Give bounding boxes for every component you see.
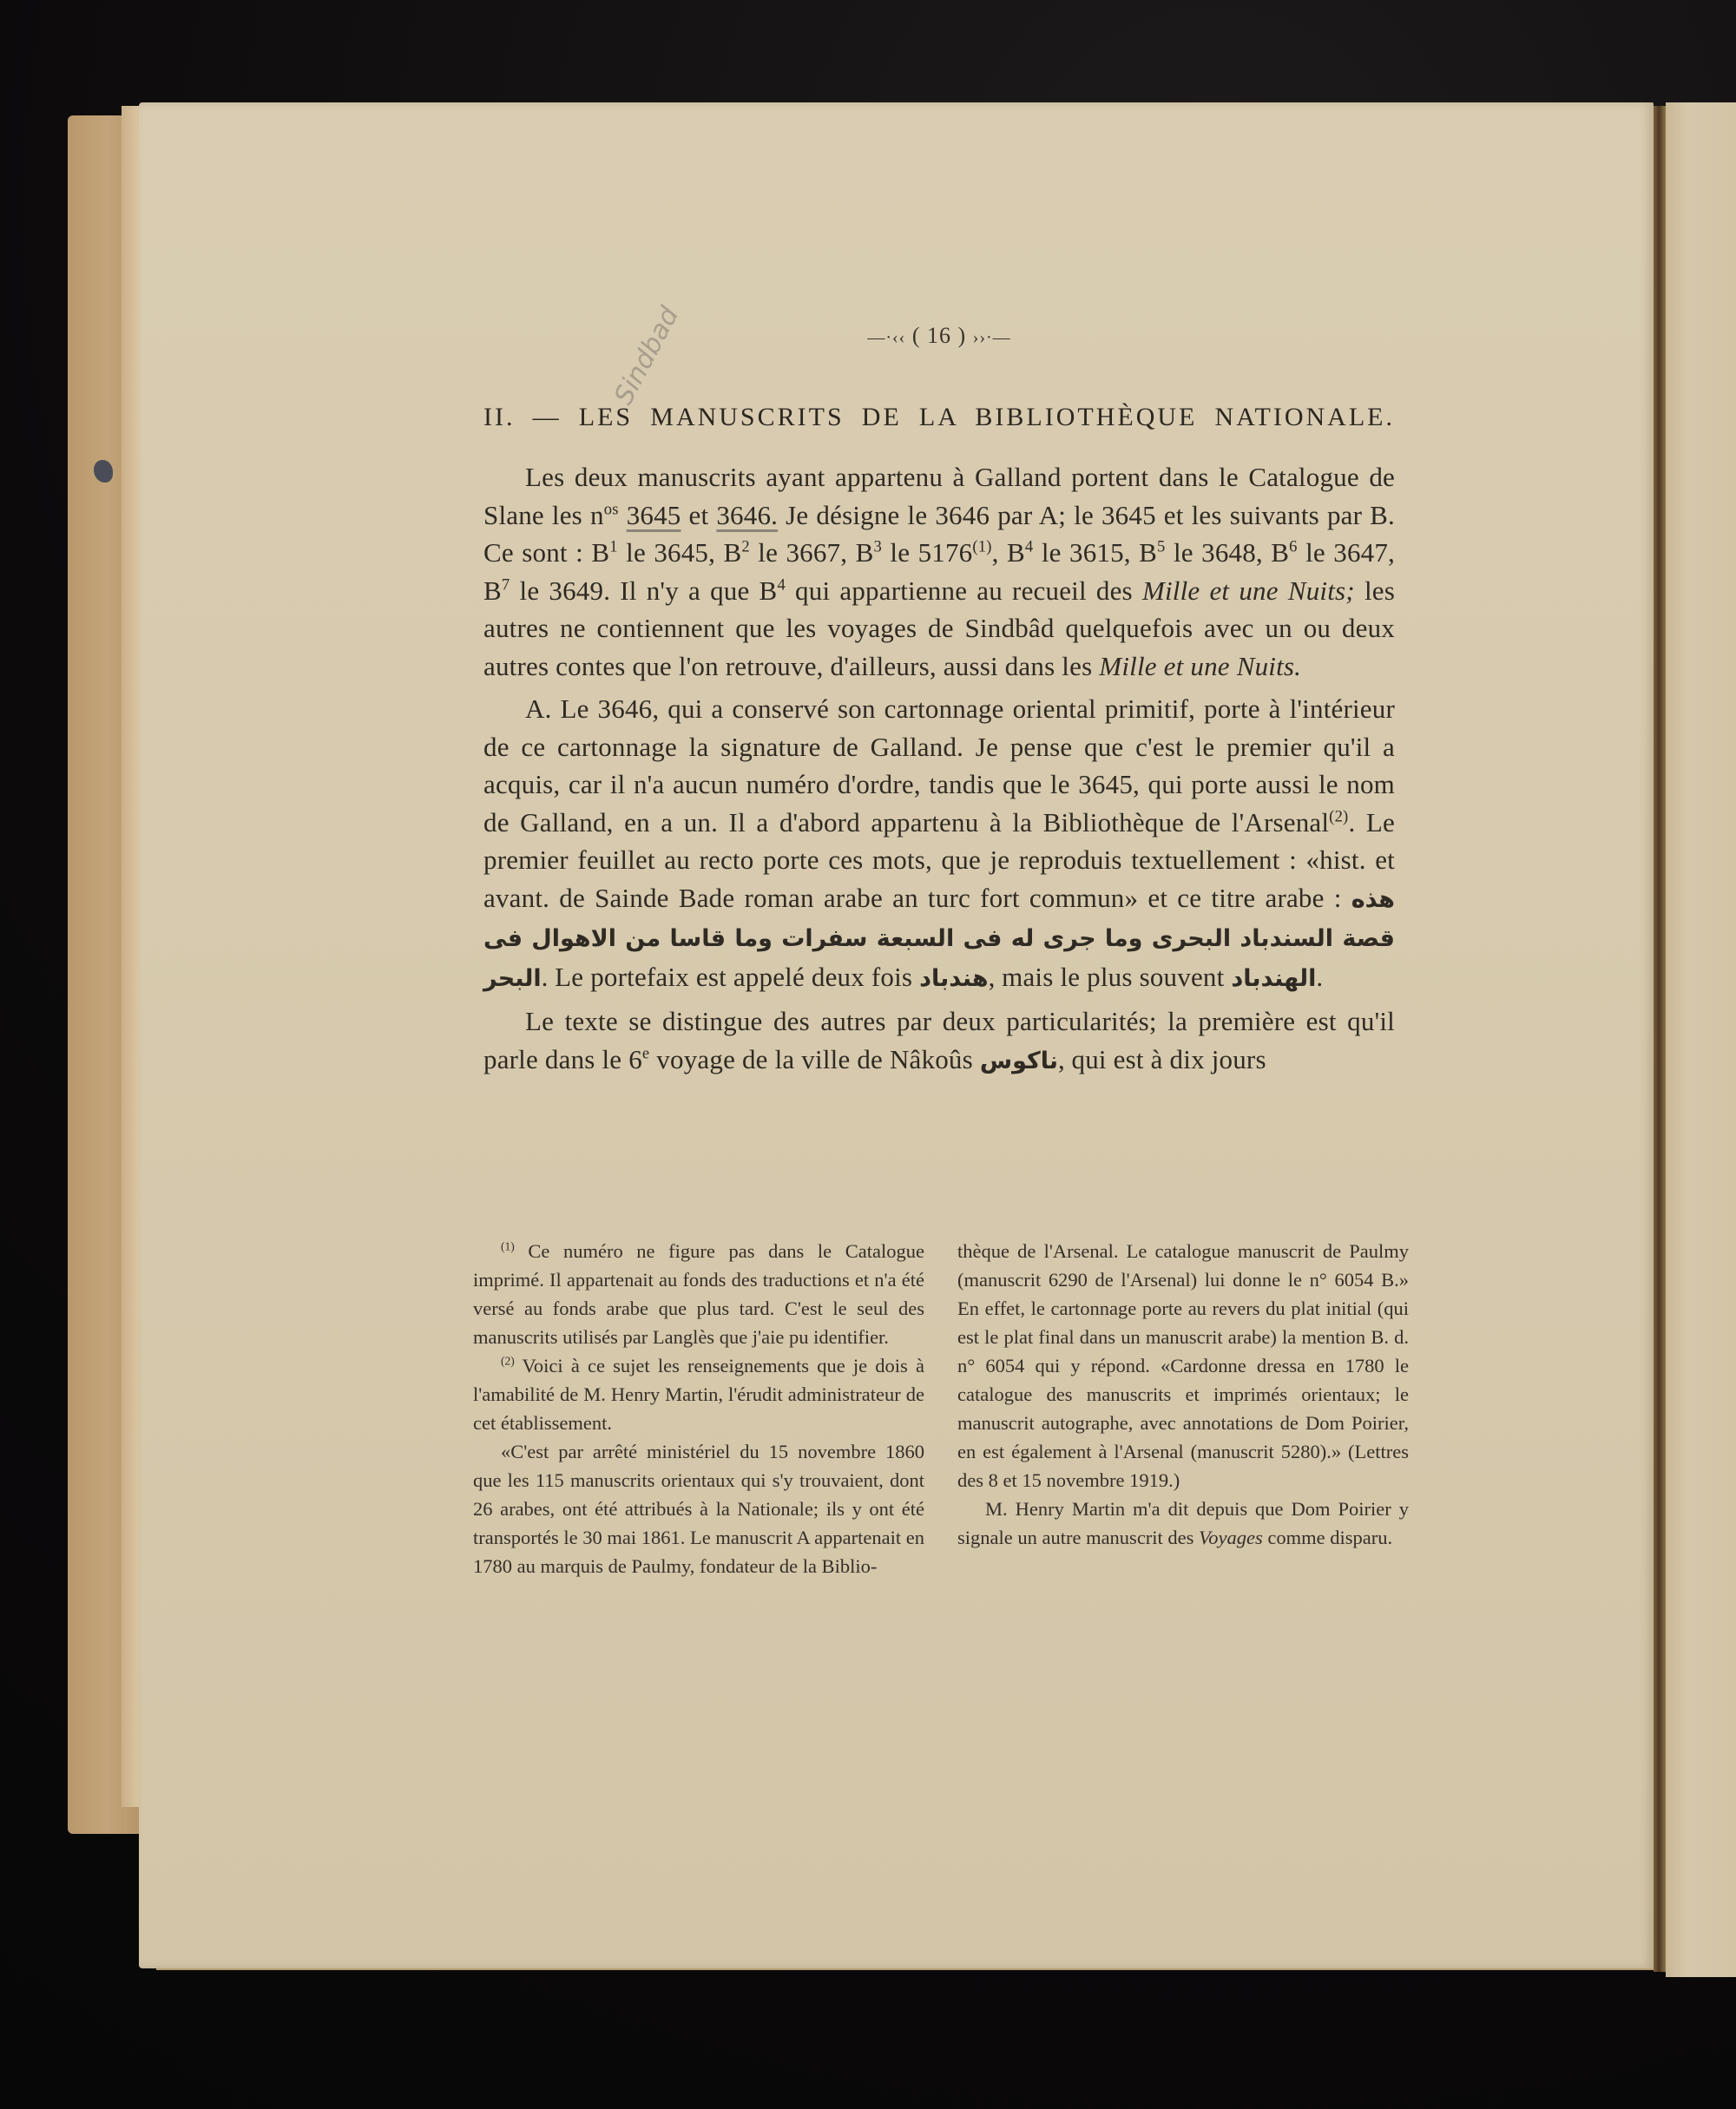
ornament-right-icon: ››·— bbox=[973, 328, 1011, 347]
underlined-ms-3645: 3645 bbox=[627, 500, 681, 530]
footnote-2: (2) Voici à ce sujet les renseignements … bbox=[473, 1351, 924, 1437]
footnotes-right-column: thèque de l'Arsenal. Le catalogue manusc… bbox=[957, 1237, 1409, 1580]
footnote-2-continued: thèque de l'Arsenal. Le catalogue manusc… bbox=[957, 1237, 1409, 1495]
facing-page-strip bbox=[1666, 102, 1736, 1977]
book-gutter bbox=[1654, 106, 1666, 1972]
body-text: Les deux manuscrits ayant appartenu à Ga… bbox=[483, 458, 1395, 1080]
footnotes: (1) Ce numéro ne figure pas dans le Cata… bbox=[473, 1237, 1410, 1580]
paragraph-2: A. Le 3646, qui a conservé son cartonnag… bbox=[483, 690, 1395, 997]
page-content: —·‹‹ ( 16 ) ››·— Sindbad II. — LES MANUS… bbox=[483, 323, 1395, 1085]
underlined-ms-3646: 3646. bbox=[716, 500, 778, 530]
ornament-left-icon: —·‹‹ bbox=[867, 328, 905, 347]
paragraph-1: Les deux manuscrits ayant appartenu à Ga… bbox=[483, 458, 1395, 685]
footnotes-left-column: (1) Ce numéro ne figure pas dans le Cata… bbox=[473, 1237, 924, 1580]
footnote-ref-2: (2) bbox=[1329, 807, 1348, 825]
footnote-ref-1: (1) bbox=[972, 538, 991, 556]
footnote-2-quote: «C'est par arrêté ministériel du 15 nove… bbox=[473, 1437, 924, 1580]
page-number: ( 16 ) bbox=[912, 323, 966, 348]
paragraph-3: Le texte se distingue des autres par deu… bbox=[483, 1002, 1395, 1080]
arabic-nakous: ناكوس bbox=[980, 1048, 1058, 1074]
section-title: II. — LES MANUSCRITS DE LA BIBLIOTHÈQUE … bbox=[483, 403, 1395, 432]
arabic-hindbad: هندباد bbox=[919, 965, 988, 992]
arabic-al-hindbad: الهندباد bbox=[1231, 965, 1316, 992]
running-head: —·‹‹ ( 16 ) ››·— bbox=[483, 323, 1395, 366]
footnote-2-final: M. Henry Martin m'a dit depuis que Dom P… bbox=[957, 1495, 1409, 1552]
ink-stain bbox=[94, 460, 113, 483]
footnote-1: (1) Ce numéro ne figure pas dans le Cata… bbox=[473, 1237, 924, 1351]
